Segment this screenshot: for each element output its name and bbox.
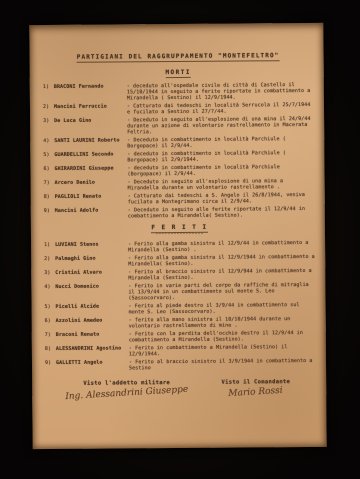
casualty-list-morti: 1) BRACONI Fernando - deceduto all'osped… xyxy=(43,82,315,220)
entry-description: - Deceduto in seguito all'esplosione di … xyxy=(128,178,315,191)
document-title: PARTIGIANI DEL RAGGRUPPAMENTO "MONTEFELT… xyxy=(57,52,300,61)
handwritten-signature-left: Ing. Alessandrini Giuseppe xyxy=(65,385,188,402)
entry-number: 4) xyxy=(43,138,54,144)
casualty-entry: 7) Arcero Danilo - Deceduto in seguito a… xyxy=(44,178,315,192)
attestation-label-right: Visto il Comandante xyxy=(222,379,291,386)
casualty-entry: 5) GUARDELLINI Secondo - deceduto in com… xyxy=(43,150,314,164)
entry-number: 8) xyxy=(44,194,55,200)
entry-number: 1) xyxy=(43,84,54,90)
entry-name: Cristini Alvaro xyxy=(55,269,125,276)
entry-number: 9) xyxy=(44,208,55,214)
entry-description: - Ferito in combattimento a Mirandella (… xyxy=(129,344,316,357)
entry-description: - Ferito al piede destro il 3/9/44 in co… xyxy=(129,302,316,315)
entry-number: 7) xyxy=(44,180,55,186)
entry-name: Mancini Adolfo xyxy=(55,207,125,214)
casualty-entry: 6) Azzolini Amedeo - ferito alla mano si… xyxy=(45,316,316,330)
section-morti: MORTI 1) BRACONI Fernando - deceduto all… xyxy=(43,68,315,220)
casualty-entry: 6) GHIRARDINI Giuseppe - deceduto in com… xyxy=(43,164,314,178)
entry-number: 6) xyxy=(43,166,54,172)
signature-block-military-attache: Visto l'addetto militare Ing. Alessandri… xyxy=(65,380,188,399)
handwritten-signature-right: Mario Rossi xyxy=(221,385,290,399)
casualty-entry: 1) LUVIANI Stenos - Ferito alla gamba si… xyxy=(44,240,315,254)
entry-description: - Ferito alla gamba sinistra il 12/9/44 … xyxy=(128,240,315,253)
entry-number: 2) xyxy=(44,256,55,262)
entry-name: Nucci Domenico xyxy=(55,283,125,290)
casualty-list-feriti: 1) LUVIANI Stenos - Ferito alla gamba si… xyxy=(44,240,316,372)
entry-name: Picelli Alcide xyxy=(56,303,126,310)
entry-name: GALLETTI Angelo xyxy=(56,359,126,366)
casualty-entry: 3) De Luca Gino - Deceduto in seguito al… xyxy=(43,116,314,136)
entry-name: LUVIANI Stenos xyxy=(55,241,125,248)
casualty-entry: 2) Mancini Ferruccio - Catturato dai ted… xyxy=(43,102,314,116)
entry-description: - deceduto in combattimento in località … xyxy=(127,150,314,163)
entry-number: 5) xyxy=(43,152,54,158)
entry-number: 4) xyxy=(44,284,55,290)
section-feriti: F E R I T I ---------------- 1) LUVIANI … xyxy=(44,223,316,372)
entry-name: ALESSANDRINI Agostino xyxy=(56,345,126,352)
entry-name: Mancini Ferruccio xyxy=(54,103,124,110)
casualty-entry: 2) Palmaghi Gino - Ferito alla gamba sin… xyxy=(44,254,315,268)
document-content: PARTIGIANI DEL RAGGRUPPAMENTO "MONTEFELT… xyxy=(29,23,326,449)
entry-number: 1) xyxy=(44,242,55,248)
casualty-entry: 8) PAGLIOLI Renato - Catturato dai tedes… xyxy=(44,192,315,206)
entry-description: - Ferito in varie parti del corpo da raf… xyxy=(128,282,315,301)
entry-description: - deceduto in combattimento in località … xyxy=(127,164,314,177)
entry-description: - Catturato dai tedeschi in località Ser… xyxy=(127,102,314,115)
entry-name: Braconi Renato xyxy=(56,331,126,338)
entry-name: Azzolini Amedeo xyxy=(56,317,126,324)
entry-name: BRACONI Fernando xyxy=(54,83,124,90)
entry-description: - Deceduto in seguito alle ferite riport… xyxy=(128,206,315,219)
entry-number: 2) xyxy=(43,104,54,110)
entry-name: De Luca Gino xyxy=(54,117,124,124)
entry-name: GHIRARDINI Giuseppe xyxy=(54,165,124,172)
entry-number: 9) xyxy=(45,360,56,366)
entry-number: 3) xyxy=(43,118,54,124)
entry-description: - Ferito alla gamba sinistra il 12/9/194… xyxy=(128,254,315,267)
document-page: PARTIGIANI DEL RAGGRUPPAMENTO "MONTEFELT… xyxy=(29,23,326,449)
document-title-text: PARTIGIANI DEL RAGGRUPPAMENTO "MONTEFELT… xyxy=(77,52,280,63)
casualty-entry: 4) Nucci Domenico - Ferito in varie part… xyxy=(44,282,315,302)
casualty-entry: 3) Cristini Alvaro - Ferito al braccio s… xyxy=(44,268,315,282)
entry-number: 7) xyxy=(45,332,56,338)
casualty-entry: 9) GALLETTI Angelo - Ferito al braccio s… xyxy=(45,358,316,372)
entry-name: Arcero Danilo xyxy=(55,179,125,186)
entry-description: - deceduto all'ospedale civile di città … xyxy=(127,82,314,101)
heading-underline-feriti: ---------------- xyxy=(44,232,315,237)
section-heading-morti: MORTI xyxy=(43,68,314,79)
entry-description: - Deceduto in combattimento in località … xyxy=(127,136,314,149)
entry-number: 8) xyxy=(45,346,56,352)
entry-number: 5) xyxy=(45,304,56,310)
entry-number: 6) xyxy=(45,318,56,324)
casualty-entry: 4) SANTI LAURINI Roberto - Deceduto in c… xyxy=(43,136,314,150)
entry-number: 3) xyxy=(44,270,55,276)
entry-description: - Ferito al braccio sinistro il 12/9/944… xyxy=(128,268,315,281)
entry-name: Palmaghi Gino xyxy=(55,255,125,262)
casualty-entry: 1) BRACONI Fernando - deceduto all'osped… xyxy=(43,82,314,102)
casualty-entry: 8) ALESSANDRINI Agostino - Ferito in com… xyxy=(45,344,316,358)
entry-description: - Ferito con la perdita dell'occhio dest… xyxy=(129,330,316,343)
signature-block-commander: Visto il Comandante Mario Rossi xyxy=(222,379,291,398)
section-heading-morti-text: MORTI xyxy=(165,69,191,78)
entry-name: SANTI LAURINI Roberto xyxy=(54,137,124,144)
casualty-entry: 7) Braconi Renato - Ferito con la perdit… xyxy=(45,330,316,344)
entry-description: - ferito alla mano sinistra il 10/10/194… xyxy=(129,316,316,329)
section-heading-feriti: F E R I T I ---------------- xyxy=(44,223,315,237)
casualty-entry: 9) Mancini Adolfo - Deceduto in seguito … xyxy=(44,206,315,220)
entry-name: PAGLIOLI Renato xyxy=(55,193,125,200)
entry-description: - Catturato dai tedeschi a S. Angelo il … xyxy=(128,192,315,205)
casualty-entry: 5) Picelli Alcide - Ferito al piede dest… xyxy=(45,302,316,316)
entry-description: - Ferito al braccio sinistro il 3/9/1944… xyxy=(129,358,316,371)
entry-name: GUARDELLINI Secondo xyxy=(54,151,124,158)
signature-footer: Visto l'addetto militare Ing. Alessandri… xyxy=(45,379,316,399)
entry-description: - Deceduto in seguito all'esplosione di … xyxy=(127,116,314,135)
